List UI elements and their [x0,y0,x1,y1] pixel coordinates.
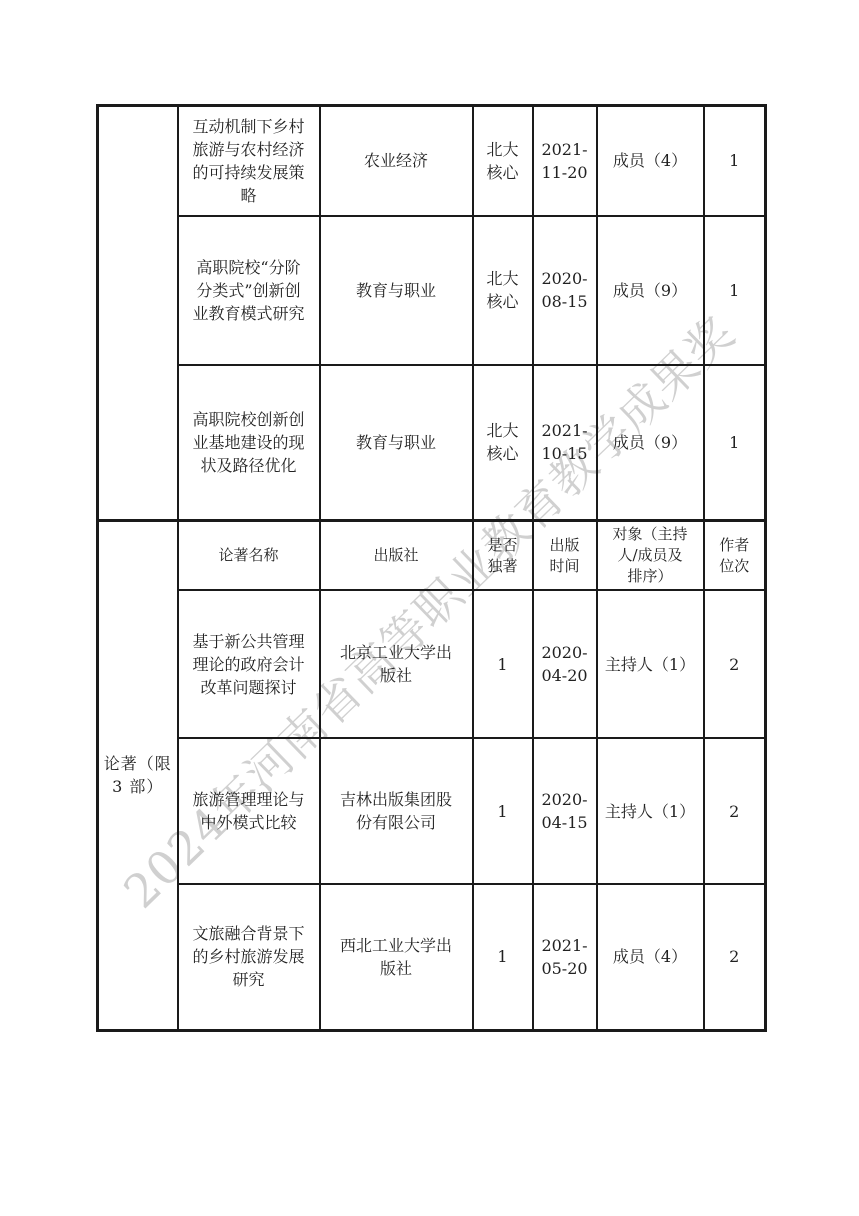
paper-position-cell: 1 [704,106,766,216]
book-solo-cell: 1 [473,738,533,884]
book-publisher-cell: 北京工业大学出 版社 [320,590,473,738]
book-date-cell: 2020- 04-15 [533,738,597,884]
book-position-cell: 2 [704,884,766,1030]
paper-journal-cell: 农业经济 [320,106,473,216]
category-cell-papers-continued [98,106,178,521]
paper-date-cell: 2021- 11-20 [533,106,597,216]
paper-title-cell: 互动机制下乡村 旅游与农村经济 的可持续发展策 略 [178,106,320,216]
book-row: 基于新公共管理 理论的政府会计 改革问题探讨 北京工业大学出 版社 1 2020… [98,590,766,738]
header-publish-date: 出版 时间 [533,521,597,591]
category-cell-books: 论著（限 3 部） [98,521,178,1031]
paper-role-cell: 成员（4） [597,106,704,216]
header-book-name: 论著名称 [178,521,320,591]
paper-journal-cell: 教育与职业 [320,365,473,521]
paper-position-cell: 1 [704,365,766,521]
book-role-cell: 主持人（1） [597,590,704,738]
book-position-cell: 2 [704,590,766,738]
paper-core-cell: 北大 核心 [473,106,533,216]
book-publisher-cell: 吉林出版集团股 份有限公司 [320,738,473,884]
document-page: 2024年河南省高等职业教育教学成果奖 互动机制下乡村 旅游与农村经济 的可持续… [0,0,859,1216]
header-solo-author: 是否 独著 [473,521,533,591]
header-publisher: 出版社 [320,521,473,591]
book-position-cell: 2 [704,738,766,884]
book-solo-cell: 1 [473,884,533,1030]
paper-row: 高职院校“分阶 分类式”创新创 业教育模式研究 教育与职业 北大 核心 2020… [98,216,766,365]
paper-journal-cell: 教育与职业 [320,216,473,365]
paper-role-cell: 成员（9） [597,216,704,365]
paper-row: 高职院校创新创 业基地建设的现 状及路径优化 教育与职业 北大 核心 2021-… [98,365,766,521]
book-date-cell: 2020- 04-20 [533,590,597,738]
book-row: 文旅融合背景下 的乡村旅游发展 研究 西北工业大学出 版社 1 2021- 05… [98,884,766,1030]
book-role-cell: 主持人（1） [597,738,704,884]
header-author-position: 作者 位次 [704,521,766,591]
book-solo-cell: 1 [473,590,533,738]
paper-role-cell: 成员（9） [597,365,704,521]
paper-title-cell: 高职院校创新创 业基地建设的现 状及路径优化 [178,365,320,521]
paper-date-cell: 2020- 08-15 [533,216,597,365]
book-title-cell: 旅游管理理论与 中外模式比较 [178,738,320,884]
paper-row: 互动机制下乡村 旅游与农村经济 的可持续发展策 略 农业经济 北大 核心 202… [98,106,766,216]
paper-core-cell: 北大 核心 [473,216,533,365]
paper-title-cell: 高职院校“分阶 分类式”创新创 业教育模式研究 [178,216,320,365]
paper-date-cell: 2021- 10-15 [533,365,597,521]
paper-core-cell: 北大 核心 [473,365,533,521]
book-role-cell: 成员（4） [597,884,704,1030]
book-title-cell: 文旅融合背景下 的乡村旅游发展 研究 [178,884,320,1030]
paper-position-cell: 1 [704,216,766,365]
header-role: 对象（主持 人/成员及 排序） [597,521,704,591]
book-row: 旅游管理理论与 中外模式比较 吉林出版集团股 份有限公司 1 2020- 04-… [98,738,766,884]
book-title-cell: 基于新公共管理 理论的政府会计 改革问题探讨 [178,590,320,738]
publications-table: 互动机制下乡村 旅游与农村经济 的可持续发展策 略 农业经济 北大 核心 202… [96,104,767,1032]
book-publisher-cell: 西北工业大学出 版社 [320,884,473,1030]
books-header-row: 论著（限 3 部） 论著名称 出版社 是否 独著 出版 时间 对象（主持 人/成… [98,521,766,591]
book-date-cell: 2021- 05-20 [533,884,597,1030]
